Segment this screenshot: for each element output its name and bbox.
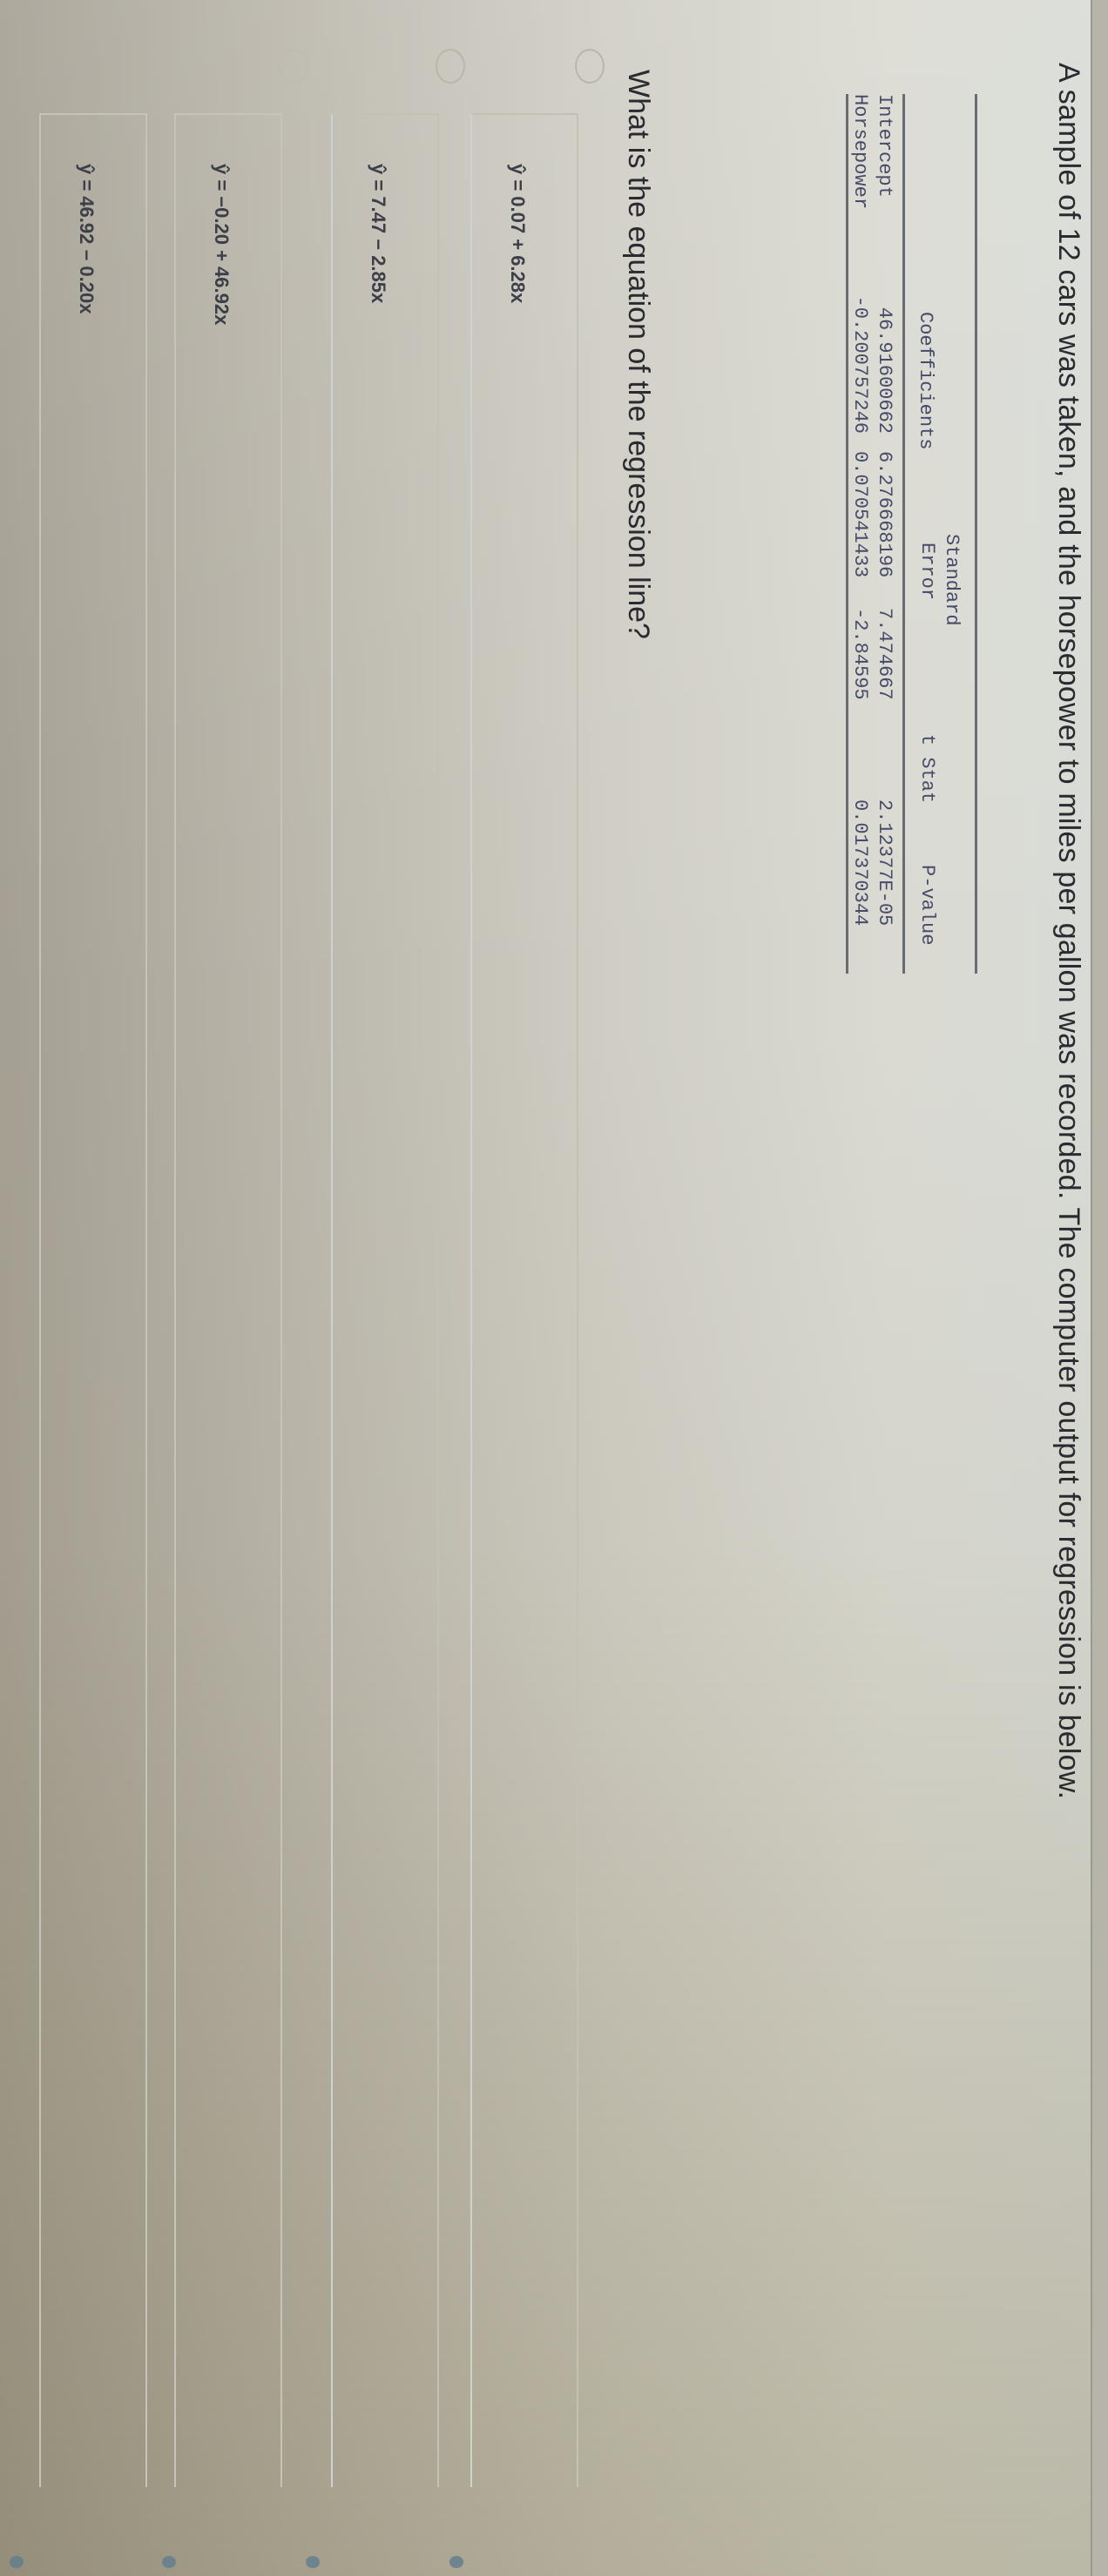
row-t-stat: -2.84595 <box>849 608 871 700</box>
row-t-stat: 7.474667 <box>874 608 895 700</box>
header-standard-error-line1: Standard <box>941 534 963 626</box>
answer-equation: ŷ = −0.20 + 46.92x <box>210 164 233 325</box>
answer-card[interactable]: ŷ = 0.07 + 6.28x <box>470 113 578 2487</box>
row-p-value: 2.12377E-05 <box>874 799 895 926</box>
table-row-intercept: Intercept 46.91600662 6.276668196 7.4746… <box>873 94 897 974</box>
answer-equation: ŷ = 0.07 + 6.28x <box>506 164 529 303</box>
table-row-horsepower: Horsepower -0.200757246 0.070541433 -2.8… <box>848 94 873 974</box>
gutter-marker-icon <box>162 2556 176 2568</box>
header-coefficients: Coefficients <box>915 312 936 449</box>
answer-card[interactable]: ŷ = 46.92 − 0.20x <box>39 113 147 2487</box>
answer-equation: ŷ = 7.47 − 2.85x <box>367 164 389 303</box>
row-label: Horsepower <box>849 94 871 209</box>
row-p-value: 0.017370344 <box>849 799 871 926</box>
row-standard-error: 6.276668196 <box>874 451 895 577</box>
gutter-marker-icon <box>306 2556 320 2568</box>
question-prompt: What is the equation of the regression l… <box>621 70 655 639</box>
header-p-value: P-value <box>916 865 938 945</box>
question-intro: A sample of 12 cars was taken, and the h… <box>1051 63 1085 1799</box>
radio-button[interactable] <box>144 49 173 84</box>
radio-button[interactable] <box>575 49 605 84</box>
answer-equation: ŷ = 46.92 − 0.20x <box>75 164 98 314</box>
header-standard-error-line2: Error <box>916 543 938 600</box>
radio-button[interactable] <box>279 49 308 84</box>
answer-option-d[interactable]: ŷ = 46.92 − 0.20x <box>58 49 189 2487</box>
table-header-row: Coefficients Standard Error t Stat P-val… <box>905 94 975 974</box>
regression-output-table: Coefficients Standard Error t Stat P-val… <box>846 94 977 974</box>
answer-option-b[interactable]: ŷ = 7.47 − 2.85x <box>350 49 481 2487</box>
answer-card[interactable]: ŷ = −0.20 + 46.92x <box>174 113 282 2487</box>
answer-option-c[interactable]: ŷ = −0.20 + 46.92x <box>193 49 324 2487</box>
radio-button[interactable] <box>436 49 465 84</box>
answer-option-a[interactable]: ŷ = 0.07 + 6.28x <box>490 49 620 2487</box>
row-coefficient: 46.91600662 <box>874 260 895 434</box>
row-coefficient: -0.200757246 <box>849 260 871 434</box>
gutter-marker-icon <box>449 2556 463 2568</box>
table-top-rule <box>975 94 977 974</box>
header-t-stat: t Stat <box>916 734 938 803</box>
question-page: A sample of 12 cars was taken, and the h… <box>0 0 1108 2576</box>
row-label: Intercept <box>874 94 895 198</box>
row-standard-error: 0.070541433 <box>849 451 871 577</box>
gutter-marker-icon <box>10 2556 24 2568</box>
answer-card[interactable]: ŷ = 7.47 − 2.85x <box>331 113 439 2487</box>
screen-top-edge <box>1091 0 1108 2576</box>
